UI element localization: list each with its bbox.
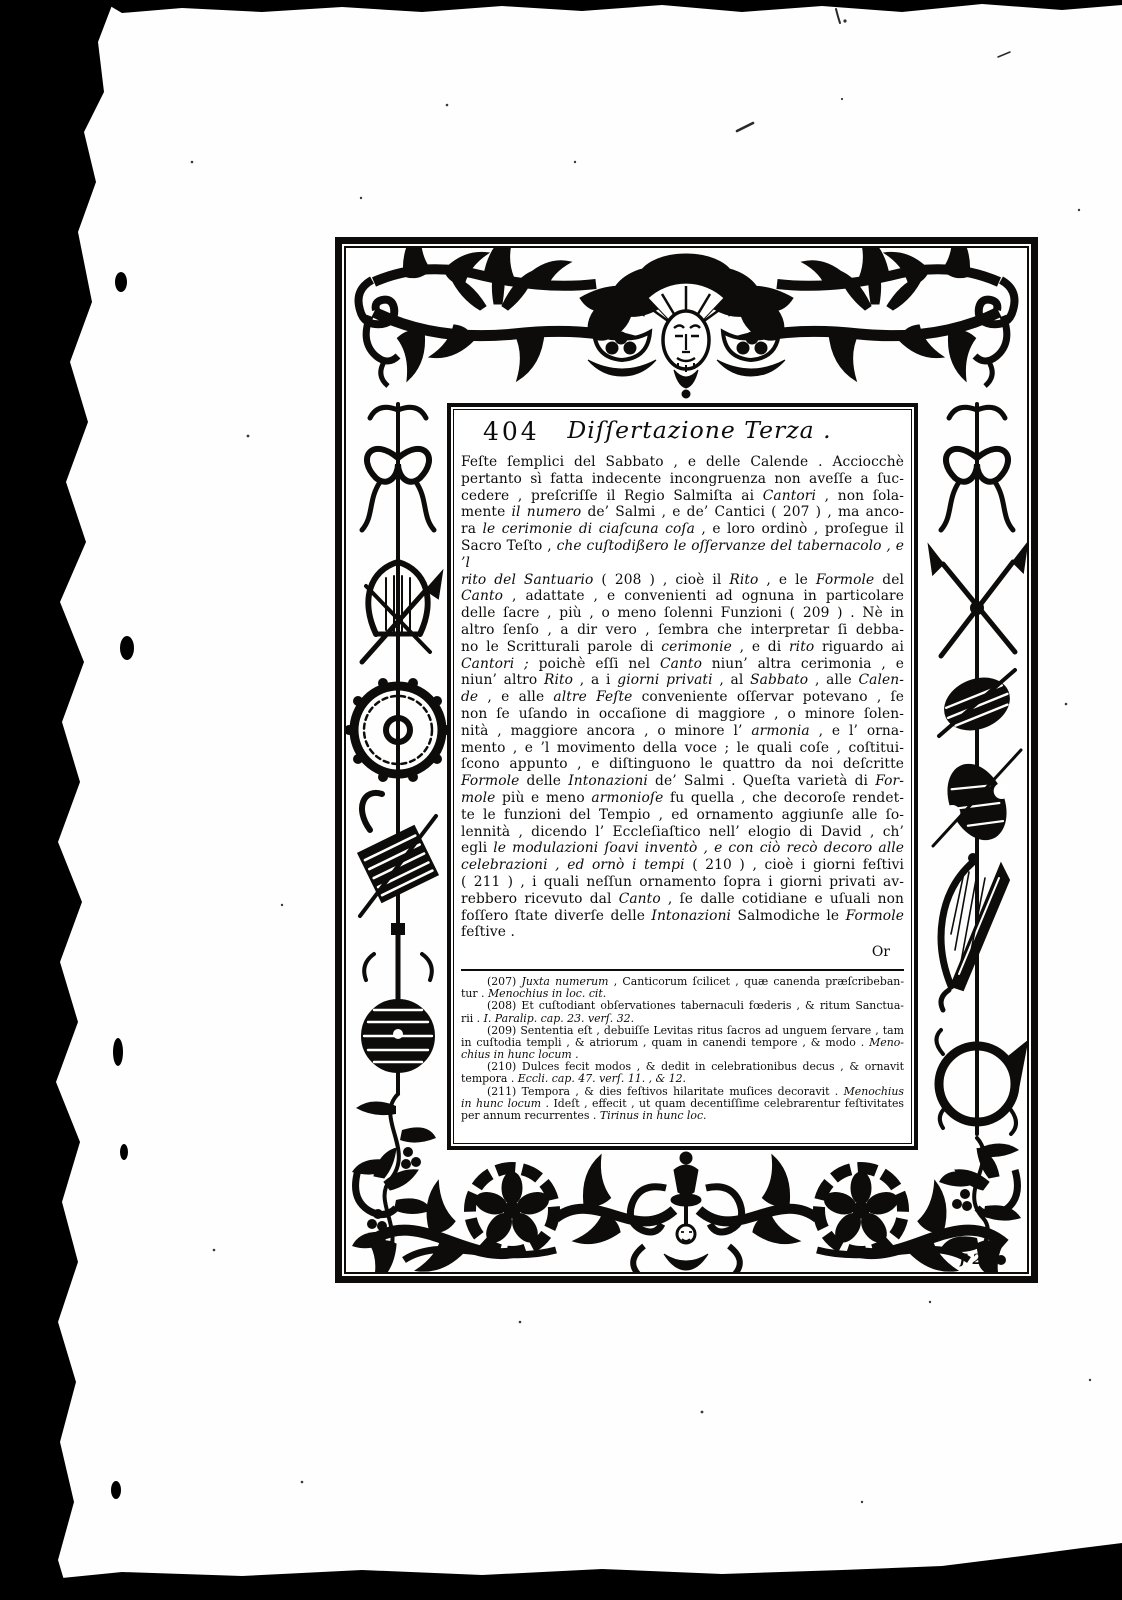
central-urn-finial [630, 1152, 741, 1270]
text-line: altro ſenſo , a dir vero , ſembra che in… [461, 622, 904, 639]
text-line: mente il numero de’ Salmi , e de’ Cantic… [461, 504, 904, 521]
footnote-divider [461, 969, 904, 971]
text-line: Sacro Teſto , che cuſtodißero le oſſerva… [461, 538, 904, 572]
text-line: te le funzioni del Tempio , ed ornamento… [461, 807, 904, 824]
ornamental-border-frame: f 2. 404 Diſſertazione Terza . Feſte ſem… [335, 237, 1038, 1283]
signature-mark: f 2. [960, 1252, 989, 1268]
text-line: ra le cerimonie di ciaſcuna coſa , e lor… [461, 521, 904, 538]
text-line: rebbero ricevuto dal Canto , ſe dalle co… [461, 891, 904, 908]
right-instrument-trophy-ornament [925, 394, 1029, 1274]
text-line: lennità , dicendo l’ Eccleſiaſtico nell’… [461, 824, 904, 841]
page-header: 404 Diſſertazione Terza . [461, 414, 904, 448]
text-line: pertanto sì fatta indecente incongruenza… [461, 471, 904, 488]
edge-blobs [111, 272, 134, 1499]
text-line: celebrazioni , ed ornò i tempi ( 210 ) ,… [461, 857, 904, 874]
text-line: Feſte ſemplici del Sabbato , e delle Cal… [461, 454, 904, 471]
text-line: non ſe uſando in occaſione di maggiore ,… [461, 706, 904, 723]
scanned-book-page: { "page": { "number": "404", "running_ti… [0, 0, 1122, 1600]
text-line: mole più e meno armonioſe fu quella , ch… [461, 790, 904, 807]
text-line: feſtive . [461, 924, 904, 941]
left-instrument-trophy-ornament [344, 394, 448, 1274]
drum-icon [936, 668, 1018, 740]
text-line: ſcono appunto , e diſtinguono le quattro… [461, 756, 904, 773]
main-text: Feſte ſemplici del Sabbato , e delle Cal… [461, 454, 904, 941]
text-line: Canto , adattate , e convenienti ad ognu… [461, 588, 904, 605]
torn-left-edge [0, 0, 114, 1600]
lute-icon [362, 923, 434, 1072]
hunting-horn-icon [936, 1030, 1027, 1134]
pen-marks [737, 9, 1010, 131]
catchword: Or [461, 944, 904, 960]
text-line: de , e alle altre Feſte conveniente oſſe… [461, 689, 904, 706]
text-line: foſſero ſtate diverſe delle Intonazioni … [461, 908, 904, 925]
headpiece-mask-foliage-ornament [344, 246, 1029, 401]
text-line: Formole delle Intonazioni de’ Salmi . Qu… [461, 773, 904, 790]
torn-top-edge [100, 0, 1122, 13]
text-line: no le Scritturali parole di cerimonie , … [461, 639, 904, 656]
text-line: mento , e ’l movimento della voce ; le q… [461, 740, 904, 757]
text-line: niun’ altro Rito , a i giorni privati , … [461, 672, 904, 689]
text-line: Cantori ; poichè eſſi nel Canto niun’ al… [461, 656, 904, 673]
lyre-and-trumpet-icon [362, 562, 442, 662]
text-line: per annum recurrentes . Tirinus in hunc … [461, 1110, 904, 1122]
text-line: rito del Santuario ( 208 ) , cioè il Rit… [461, 572, 904, 589]
tailpiece-scroll-ornament [344, 1148, 1029, 1274]
torn-bottom-edge [0, 1543, 1122, 1600]
text-line: cedere , preſcriſſe il Regio Salmiſta ai… [461, 488, 904, 505]
page-number: 404 [483, 417, 540, 446]
central-mask [580, 254, 793, 398]
text-line: ( 211 ) , i quali neſſun ornamento ſopra… [461, 874, 904, 891]
footnotes: (207) Juxta numerum , Canticorum ſcilice… [461, 976, 904, 1122]
text-block-frame: 404 Diſſertazione Terza . Feſte ſemplici… [447, 403, 918, 1150]
text-line: egli le modulazioni ſoavi inventò , e co… [461, 840, 904, 857]
text-line: delle ſacre , più , o meno ſolenni Funzi… [461, 605, 904, 622]
text-line: nità , maggiore ancora , o minore l’ arm… [461, 723, 904, 740]
